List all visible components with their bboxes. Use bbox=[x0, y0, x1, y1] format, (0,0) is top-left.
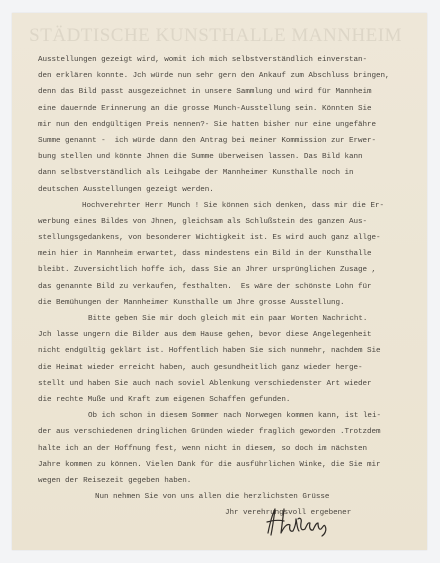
text-line: die Bemühungen der Mannheimer Kunsthalle… bbox=[38, 295, 418, 311]
text-line: mein hier in Mannheim erwartet, dass min… bbox=[38, 246, 418, 262]
text-line: wegen der Reisezeit gegeben haben. bbox=[38, 473, 418, 489]
text-line: dann selbstverständlich als Leihgabe der… bbox=[38, 165, 418, 181]
letterhead: STÄDTISCHE KUNSTHALLE MANNHEIM bbox=[22, 25, 402, 47]
text-line: stellungsgedankens, von besonderer Wicht… bbox=[38, 230, 418, 246]
text-line: Ob ich schon in diesem Sommer nach Norwe… bbox=[38, 408, 418, 424]
text-line: bung stellen und könnte Jhnen die Summe … bbox=[38, 149, 418, 165]
text-line: das genannte Bild zu verkaufen, festhalt… bbox=[38, 279, 418, 295]
text-line: Bitte geben Sie mir doch gleich mit ein … bbox=[38, 311, 418, 327]
text-line: mir nun den endgültigen Preis nennen?- S… bbox=[38, 117, 418, 133]
text-line: der aus verschiedenen dringlichen Gründe… bbox=[38, 424, 418, 440]
text-line: die Heimat wieder erreicht haben, auch g… bbox=[38, 360, 418, 376]
text-line: Summe genannt - ich würde dann den Antra… bbox=[38, 133, 418, 149]
text-line: nicht endgültig geklärt ist. Hoffentlich… bbox=[38, 343, 418, 359]
text-line: werbung eines Bildes von Jhnen, gleichsa… bbox=[38, 214, 418, 230]
closing-greeting: Nun nehmen Sie von uns allen die herzlic… bbox=[38, 489, 418, 505]
text-line: stellt und haben Sie auch nach soviel Ab… bbox=[38, 376, 418, 392]
text-line: Hochverehrter Herr Munch ! Sie können si… bbox=[38, 198, 418, 214]
letter-body: Ausstellungen gezeigt wird, womit ich mi… bbox=[38, 52, 418, 521]
handwritten-signature bbox=[262, 505, 332, 540]
text-line: eine dauernde Erinnerung an die grosse M… bbox=[38, 101, 418, 117]
text-line: Ausstellungen gezeigt wird, womit ich mi… bbox=[38, 52, 418, 68]
text-line: denn das Bild passt ausgezeichnet in uns… bbox=[38, 84, 418, 100]
text-line: deutschen Ausstellungen gezeigt werden. bbox=[38, 182, 418, 198]
signature-icon bbox=[262, 505, 332, 540]
text-line: halte ich an der Hoffnung fest, wenn nic… bbox=[38, 441, 418, 457]
text-line: die rechte Muße und Kraft zum eigenen Sc… bbox=[38, 392, 418, 408]
closing-valediction: Jhr verehrungsvoll ergebener bbox=[38, 505, 418, 521]
text-line: Jahre kommen zu können. Vielen Dank für … bbox=[38, 457, 418, 473]
text-line: bleibt. Zuversichtlich hoffe ich, dass S… bbox=[38, 262, 418, 278]
text-line: Jch lasse ungern die Bilder aus dem Haus… bbox=[38, 327, 418, 343]
text-line: den erklären konnte. Jch würde nun sehr … bbox=[38, 68, 418, 84]
